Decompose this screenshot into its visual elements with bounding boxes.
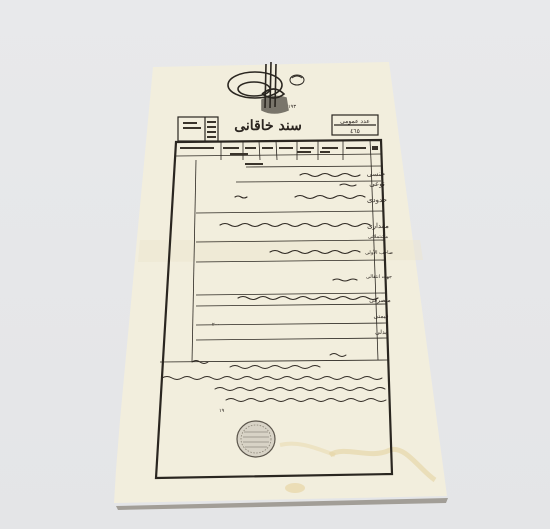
price-value: ٢٠٠: [212, 322, 220, 328]
row-label-3: حدودی: [367, 196, 387, 204]
row-label-7: جهت انتقالی: [366, 274, 392, 280]
document-title: سند خاقانی: [234, 118, 302, 134]
ottoman-document-photo: ١٩٣ سند خاقانی عدد عمومی ٤٦٥: [0, 0, 550, 529]
right-box-line1: عدد عمومی: [340, 118, 370, 125]
round-seal-stamp: [237, 421, 275, 457]
row-label-10: بدلی: [375, 329, 387, 336]
row-label-9: قیمتی: [374, 313, 389, 320]
small-number: ١٩٣: [288, 104, 296, 110]
row-label-8: متصرفی: [369, 297, 390, 304]
row-label-6: صاحب الأولی: [365, 248, 393, 256]
row-label-2: نوعی: [369, 180, 385, 188]
row-label-4: مقداری: [367, 222, 389, 230]
right-box-number: ٤٦٥: [350, 128, 360, 135]
row-label-5: مشتملاتی: [368, 234, 388, 240]
row-label-1: جنسی: [367, 170, 386, 178]
footer-number: ١٩: [219, 408, 225, 414]
